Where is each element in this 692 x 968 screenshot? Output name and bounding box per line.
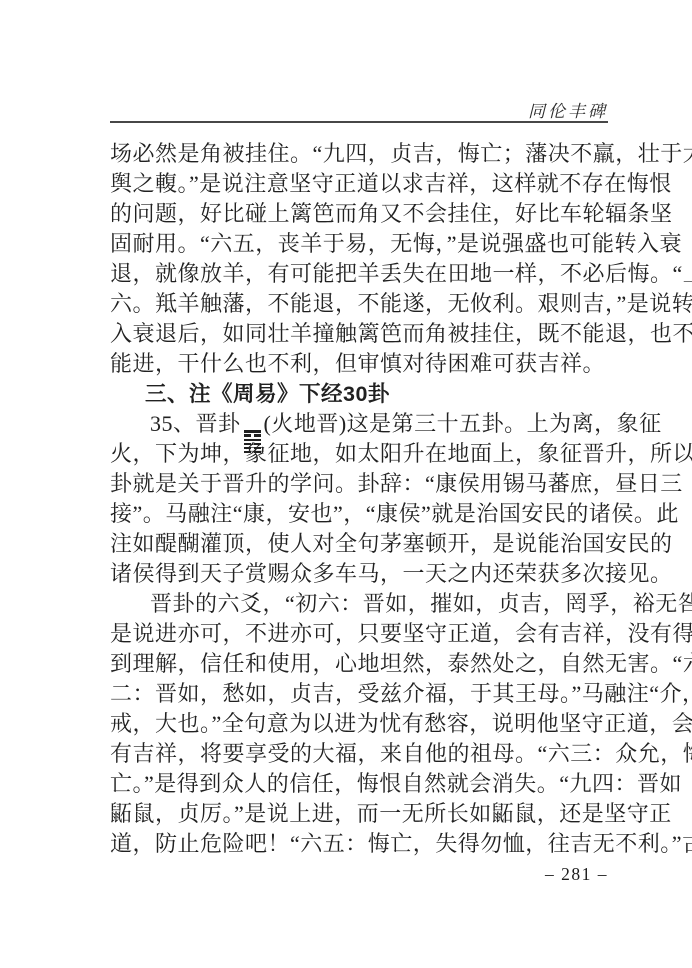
running-title: 同伦丰碑 <box>110 97 608 122</box>
text-line: 接”。马融注“康，安也”，“康侯”就是治国安民的诸侯。此 <box>110 499 608 529</box>
text-line: 有吉祥，将要享受的大福，来自他的祖母。“六三：众允，悔 <box>110 739 608 769</box>
text-line: 场必然是角被挂住。“九四，贞吉，悔亡；藩决不羸，壮于大 <box>110 139 608 169</box>
text-line: 的问题，好比碰上篱笆而角又不会挂住，好比车轮辐条坚 <box>110 199 608 229</box>
text-line: 二：晋如，愁如，贞吉，受兹介福，于其王母。”马融注“介，音 <box>110 679 608 709</box>
text-line: 舆之輹。”是说注意坚守正道以求吉祥，这样就不存在悔恨 <box>110 169 608 199</box>
text-line: 是说进亦可，不进亦可，只要坚守正道，会有吉祥，没有得 <box>110 619 608 649</box>
hexagram-line-suffix: (火地晋)这是第三十五卦。上为离，象征 <box>264 411 662 436</box>
text-line: 注如醍醐灌顶，使人对全句茅塞顿开，是说能治国安民的 <box>110 529 608 559</box>
text-line: 鼫鼠，贞厉。”是说上进，而一无所长如鼫鼠，还是坚守正 <box>110 799 608 829</box>
book-page: 同伦丰碑 场必然是角被挂住。“九四，贞吉，悔亡；藩决不羸，壮于大 舆之輹。”是说… <box>0 0 692 968</box>
header-rule-divider <box>110 121 608 123</box>
text-line: 35、晋卦(火地晋)这是第三十五卦。上为离，象征 <box>110 409 608 439</box>
text-line: 火，下为坤，象征地，如太阳升在地面上，象征晋升，所以晋 <box>110 439 608 469</box>
hexagram-line-prefix: 35、晋卦 <box>150 411 241 436</box>
text-line: 晋卦的六爻，“初六：晋如，摧如，贞吉，罔孚，裕无咎。” <box>110 589 608 619</box>
text-line: 入衰退后，如同壮羊撞触篱笆而角被挂住，既不能退，也不 <box>110 319 608 349</box>
section-heading: 三、注《周易》下经30卦 <box>110 379 608 409</box>
text-line: 固耐用。“六五，丧羊于易，无悔，”是说强盛也可能转入衰 <box>110 229 608 259</box>
text-line: 退，就像放羊，有可能把羊丢失在田地一样，不必后悔。“上 <box>110 259 608 289</box>
text-line: 道，防止危险吧！“六五：悔亡，失得勿恤，往吉无不利。”古 <box>110 829 608 859</box>
text-line: 诸侯得到天子赏赐众多车马，一天之内还荣获多次接见。 <box>110 559 608 589</box>
text-line: 亡。”是得到众人的信任，悔恨自然就会消失。“九四：晋如 <box>110 769 608 799</box>
text-line: 卦就是关于晋升的学问。卦辞：“康侯用锡马蕃庶，昼日三 <box>110 469 608 499</box>
text-line: 六。羝羊触藩，不能退，不能遂，无攸利。艰则吉，”是说转 <box>110 289 608 319</box>
text-line: 到理解，信任和使用，心地坦然，泰然处之，自然无害。“六 <box>110 649 608 679</box>
body-text-block: 场必然是角被挂住。“九四，贞吉，悔亡；藩决不羸，壮于大 舆之輹。”是说注意坚守正… <box>110 139 608 859</box>
page-number: – 281 – <box>110 864 608 885</box>
text-line: 戒，大也。”全句意为以进为忧有愁容，说明他坚守正道，会 <box>110 709 608 739</box>
text-line: 能进，干什么也不利，但审慎对待困难可获吉祥。 <box>110 349 608 379</box>
